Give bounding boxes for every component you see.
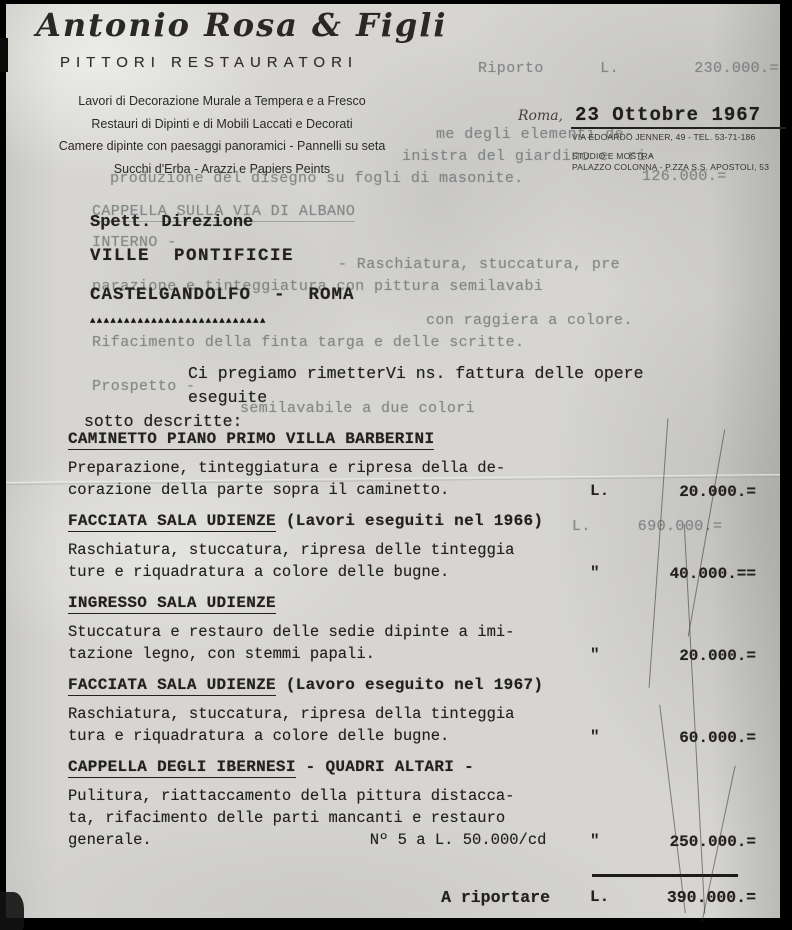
- desc-line: generale.Nº 5 a L. 50.000/cd: [68, 829, 590, 851]
- total-rule: [592, 874, 738, 877]
- service-line: Camere dipinte con paesaggi panoramici -…: [36, 135, 408, 158]
- document-date: 23 Ottobre 1967: [571, 104, 786, 129]
- address-studio: STUDIO E MOSTRA: [572, 151, 786, 163]
- invoice-item: CAPPELLA DEGLI IBERNESI - QUADRI ALTARI …: [68, 756, 776, 851]
- item-heading-title: CAPPELLA DEGLI IBERNESI: [68, 758, 296, 778]
- ghost-text: Rifacimento della finta targa e delle sc…: [92, 334, 524, 351]
- item-heading-title: CAMINETTO PIANO PRIMO VILLA BARBERINI: [68, 430, 434, 450]
- recipient-city: CASTELGANDOLFO - ROMA: [90, 284, 355, 306]
- item-heading: FACCIATA SALA UDIENZE (Lavori eseguiti n…: [68, 510, 776, 533]
- total-currency: L.: [590, 888, 644, 907]
- total-label: A riportare: [68, 888, 590, 907]
- item-heading: INGRESSO SALA UDIENZE: [68, 592, 776, 615]
- company-name: Antonio Rosa & Figli: [36, 6, 408, 44]
- item-heading-suffix: (Lavori eseguiti nel 1966): [276, 512, 543, 530]
- item-currency: ": [590, 728, 644, 747]
- item-heading-suffix: - QUADRI ALTARI -: [296, 758, 474, 776]
- recipient-underline-marks: ▲▲▲▲▲▲▲▲▲▲▲▲▲▲▲▲▲▲▲▲▲▲▲▲▲▲: [90, 310, 355, 332]
- item-row: Raschiatura, stuccatura, ripresa della t…: [68, 703, 776, 747]
- ghost-text: Riporto L. 230.000.=: [478, 60, 779, 77]
- desc-line: ture e riquadratura a colore delle bugne…: [68, 561, 590, 583]
- invoice-item: CAMINETTO PIANO PRIMO VILLA BARBERINI Pr…: [68, 428, 776, 501]
- item-currency: ": [590, 646, 644, 665]
- item-heading: CAPPELLA DEGLI IBERNESI - QUADRI ALTARI …: [68, 756, 776, 779]
- item-amount: 20.000.=: [644, 483, 776, 501]
- item-heading: FACCIATA SALA UDIENZE (Lavoro eseguito n…: [68, 674, 776, 697]
- address-street: VIA EDOARDO JENNER, 49 - TEL. 53-71-186: [572, 132, 786, 144]
- scan-edge-notch: [0, 38, 8, 72]
- recipient-salutation: Spett. Direzione: [90, 212, 355, 234]
- ghost-text: - Raschiatura, stuccatura, pre: [338, 256, 620, 273]
- item-heading-title: FACCIATA SALA UDIENZE: [68, 676, 276, 696]
- item-amount: 20.000.=: [644, 647, 776, 665]
- city-label: Roma,: [518, 108, 563, 124]
- invoice-item: FACCIATA SALA UDIENZE (Lavori eseguiti n…: [68, 510, 776, 583]
- desc-line: Stuccatura e restauro delle sedie dipint…: [68, 621, 590, 643]
- total-amount: 390.000.=: [644, 888, 776, 907]
- item-amount: 40.000.==: [644, 565, 776, 583]
- service-line: Succhi d'Erba - Arazzi e Papiers Peints: [36, 158, 408, 181]
- item-amount: 250.000.=: [644, 833, 776, 851]
- dateline: Roma, 23 Ottobre 1967 VIA EDOARDO JENNER…: [518, 104, 786, 174]
- company-subtitle: PITTORI RESTAURATORI: [60, 54, 408, 71]
- service-line: Restauri di Dipinti e di Mobili Laccati …: [36, 113, 408, 136]
- recipient-name: VILLE PONTIFICIE: [90, 245, 355, 267]
- invoice-item: FACCIATA SALA UDIENZE (Lavoro eseguito n…: [68, 674, 776, 747]
- desc-line: tazione legno, con stemmi papali.: [68, 643, 590, 665]
- address-palazzo: PALAZZO COLONNA - P.ZZA S.S. APOSTOLI, 5…: [572, 162, 786, 174]
- ghost-text: con raggiera a colore.: [426, 312, 633, 329]
- date-row: Roma, 23 Ottobre 1967: [518, 104, 786, 129]
- desc-text: generale.: [68, 831, 152, 849]
- item-description: Raschiatura, stuccatura, ripresa delle t…: [68, 539, 590, 583]
- total-row: A riportare L. 390.000.=: [68, 888, 776, 907]
- invoice-page: Riporto L. 230.000.=me degli elementi de…: [6, 4, 780, 918]
- item-currency: ": [590, 564, 644, 583]
- recipient-block: Spett. Direzione VILLE PONTIFICIE CASTEL…: [90, 212, 355, 332]
- intro-line: Ci pregiamo rimetterVi ns. fattura delle…: [84, 362, 732, 410]
- desc-line: tura e riquadratura a colore delle bugne…: [68, 725, 590, 747]
- item-description: Stuccatura e restauro delle sedie dipint…: [68, 621, 590, 665]
- item-row: Stuccatura e restauro delle sedie dipint…: [68, 621, 776, 665]
- item-currency: L.: [590, 482, 644, 501]
- studio-address: VIA EDOARDO JENNER, 49 - TEL. 53-71-186 …: [572, 132, 786, 174]
- desc-line: Raschiatura, stuccatura, ripresa della t…: [68, 703, 590, 725]
- scan-corner-smudge: [0, 892, 24, 930]
- service-line: Lavori di Decorazione Murale a Tempera e…: [36, 90, 408, 113]
- intro-paragraph: Ci pregiamo rimetterVi ns. fattura delle…: [84, 362, 732, 434]
- item-description: Raschiatura, stuccatura, ripresa della t…: [68, 703, 590, 747]
- desc-line: ta, rifacimento delle parti mancanti e r…: [68, 807, 590, 829]
- item-heading-title: INGRESSO SALA UDIENZE: [68, 594, 276, 614]
- item-heading-suffix: (Lavoro eseguito nel 1967): [276, 676, 543, 694]
- item-heading: CAMINETTO PIANO PRIMO VILLA BARBERINI: [68, 428, 776, 451]
- invoice-item: INGRESSO SALA UDIENZE Stuccatura e resta…: [68, 592, 776, 665]
- item-unit-price-note: Nº 5 a L. 50.000/cd: [370, 829, 547, 851]
- letterhead: Antonio Rosa & Figli PITTORI RESTAURATOR…: [36, 6, 408, 180]
- item-currency: ": [590, 832, 644, 851]
- desc-line: Raschiatura, stuccatura, ripresa delle t…: [68, 539, 590, 561]
- scanned-invoice: { "letterhead": { "company": "Antonio Ro…: [0, 0, 792, 930]
- desc-line: Preparazione, tinteggiatura e ripresa de…: [68, 457, 590, 479]
- item-row: Raschiatura, stuccatura, ripresa delle t…: [68, 539, 776, 583]
- desc-line: Pulitura, riattaccamento della pittura d…: [68, 785, 590, 807]
- company-services: Lavori di Decorazione Murale a Tempera e…: [36, 90, 408, 180]
- item-heading-title: FACCIATA SALA UDIENZE: [68, 512, 276, 532]
- item-description: Pulitura, riattaccamento della pittura d…: [68, 785, 590, 851]
